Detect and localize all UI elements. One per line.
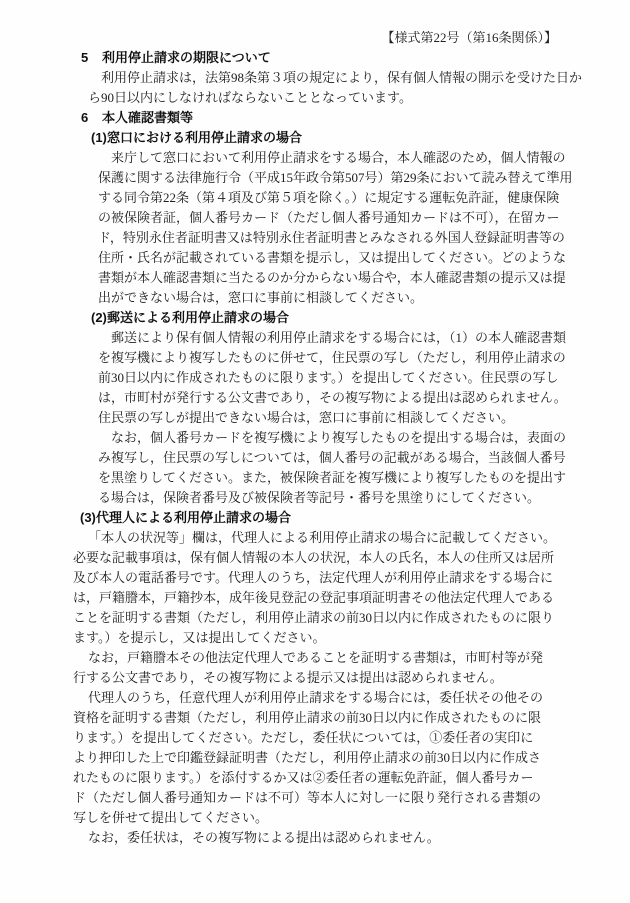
- subsection-3-paragraph-4: なお，委任状は，その複写物による提出は認められません。: [73, 828, 630, 848]
- form-reference-label: 【様式第22号（第16条関係）】: [0, 28, 630, 48]
- subsection-2-heading: (2)郵送による利用停止請求の場合: [91, 308, 630, 328]
- section-5-number: 5: [81, 48, 102, 68]
- subsection-3-paragraph-1: 「本人の状況等」欄は，代理人による利用停止請求の場合に記載してください。 必要な…: [73, 528, 630, 648]
- subsection-2-number: (2): [91, 308, 107, 328]
- subsection-1-heading: (1)窓口における利用停止請求の場合: [91, 128, 630, 148]
- subsection-1-title: 窓口における利用停止請求の場合: [107, 130, 302, 145]
- subsection-3-paragraph-3: 代理人のうち，任意代理人が利用停止請求をする場合には，委任状その他その 資格を証…: [73, 688, 630, 828]
- section-5-heading: 5利用停止請求の期限について: [81, 48, 630, 68]
- subsection-1-paragraph: 来庁して窓口において利用停止請求をする場合，本人確認のため，個人情報の 保護に関…: [98, 148, 630, 308]
- section-5-title: 利用停止請求の期限について: [102, 50, 271, 65]
- subsection-3-paragraph-2: なお，戸籍謄本その他法定代理人であることを証明する書類は，市町村等が発 行する公…: [73, 648, 630, 688]
- subsection-3-number: (3): [80, 508, 96, 528]
- section-6-number: 6: [81, 108, 102, 128]
- section-6-heading: 6本人確認書類等: [81, 108, 630, 128]
- section-6-title: 本人確認書類等: [102, 110, 193, 125]
- document-page: 【様式第22号（第16条関係）】 5利用停止請求の期限について 利用停止請求は，…: [0, 0, 630, 903]
- subsection-2-title: 郵送による利用停止請求の場合: [107, 310, 289, 325]
- subsection-2-paragraph-1: 郵送により保有個人情報の利用停止請求をする場合には，（1）の本人確認書類 を複写…: [98, 328, 630, 428]
- section-5-paragraph: 利用停止請求は，法第98条第３項の規定により，保有個人情報の開示を受けた日か ら…: [88, 68, 630, 108]
- subsection-1-number: (1): [91, 128, 107, 148]
- subsection-3-heading: (3)代理人による利用停止請求の場合: [80, 508, 630, 528]
- subsection-3-title: 代理人による利用停止請求の場合: [96, 510, 291, 525]
- subsection-2-paragraph-2: なお，個人番号カードを複写機により複写したものを提出する場合は，表面の み複写し…: [98, 428, 630, 508]
